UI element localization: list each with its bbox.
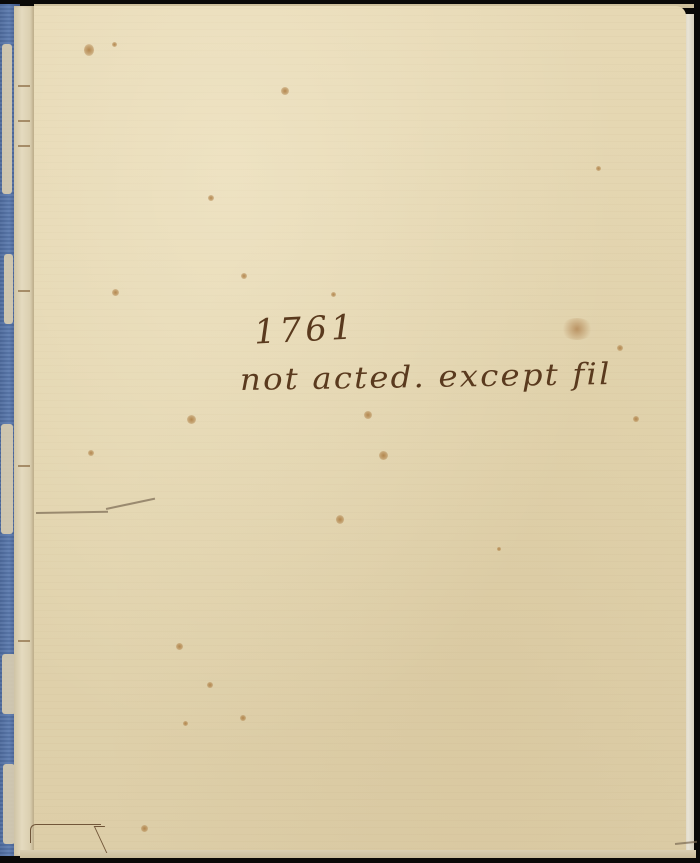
stitch-mark (18, 145, 30, 147)
foxing-spot (241, 273, 247, 279)
scan-frame: 1761 not acted. except fil (0, 0, 700, 863)
foxing-spot (596, 166, 601, 171)
foxing-spot (112, 289, 119, 296)
paper-page (34, 6, 686, 856)
foxing-spot (88, 450, 94, 456)
foxing-spot (141, 825, 148, 832)
foxing-spot (207, 682, 213, 688)
handwritten-note: not acted. except fil (240, 357, 612, 398)
foxing-spot (331, 292, 336, 297)
foxing-spot (84, 44, 94, 56)
foxing-spot (187, 415, 196, 424)
binding-tear (1, 424, 13, 534)
foxing-spot (633, 416, 639, 422)
foxing-spot (240, 715, 246, 721)
foxing-spot (497, 547, 501, 551)
handwritten-year: 1761 (253, 307, 357, 352)
foxing-spot (281, 87, 289, 95)
paper-bottom-edge (20, 850, 696, 858)
foxing-spot (364, 411, 372, 419)
binding-tear (4, 254, 13, 324)
ink-stain (560, 318, 594, 340)
binding-tear (2, 44, 12, 194)
stitch-mark (18, 290, 30, 292)
stitched-gutter (14, 6, 36, 856)
foxing-spot (183, 721, 188, 726)
foxing-spot (336, 515, 344, 524)
stitch-mark (18, 640, 30, 642)
foxing-spot (379, 451, 388, 460)
stitch-mark (18, 85, 30, 87)
foxing-spot (176, 643, 183, 650)
foxing-spot (617, 345, 623, 351)
paper-tear (30, 824, 101, 843)
foxing-spot (112, 42, 117, 47)
stitch-mark (18, 465, 30, 467)
foxing-spot (208, 195, 214, 201)
stitch-mark (18, 120, 30, 122)
